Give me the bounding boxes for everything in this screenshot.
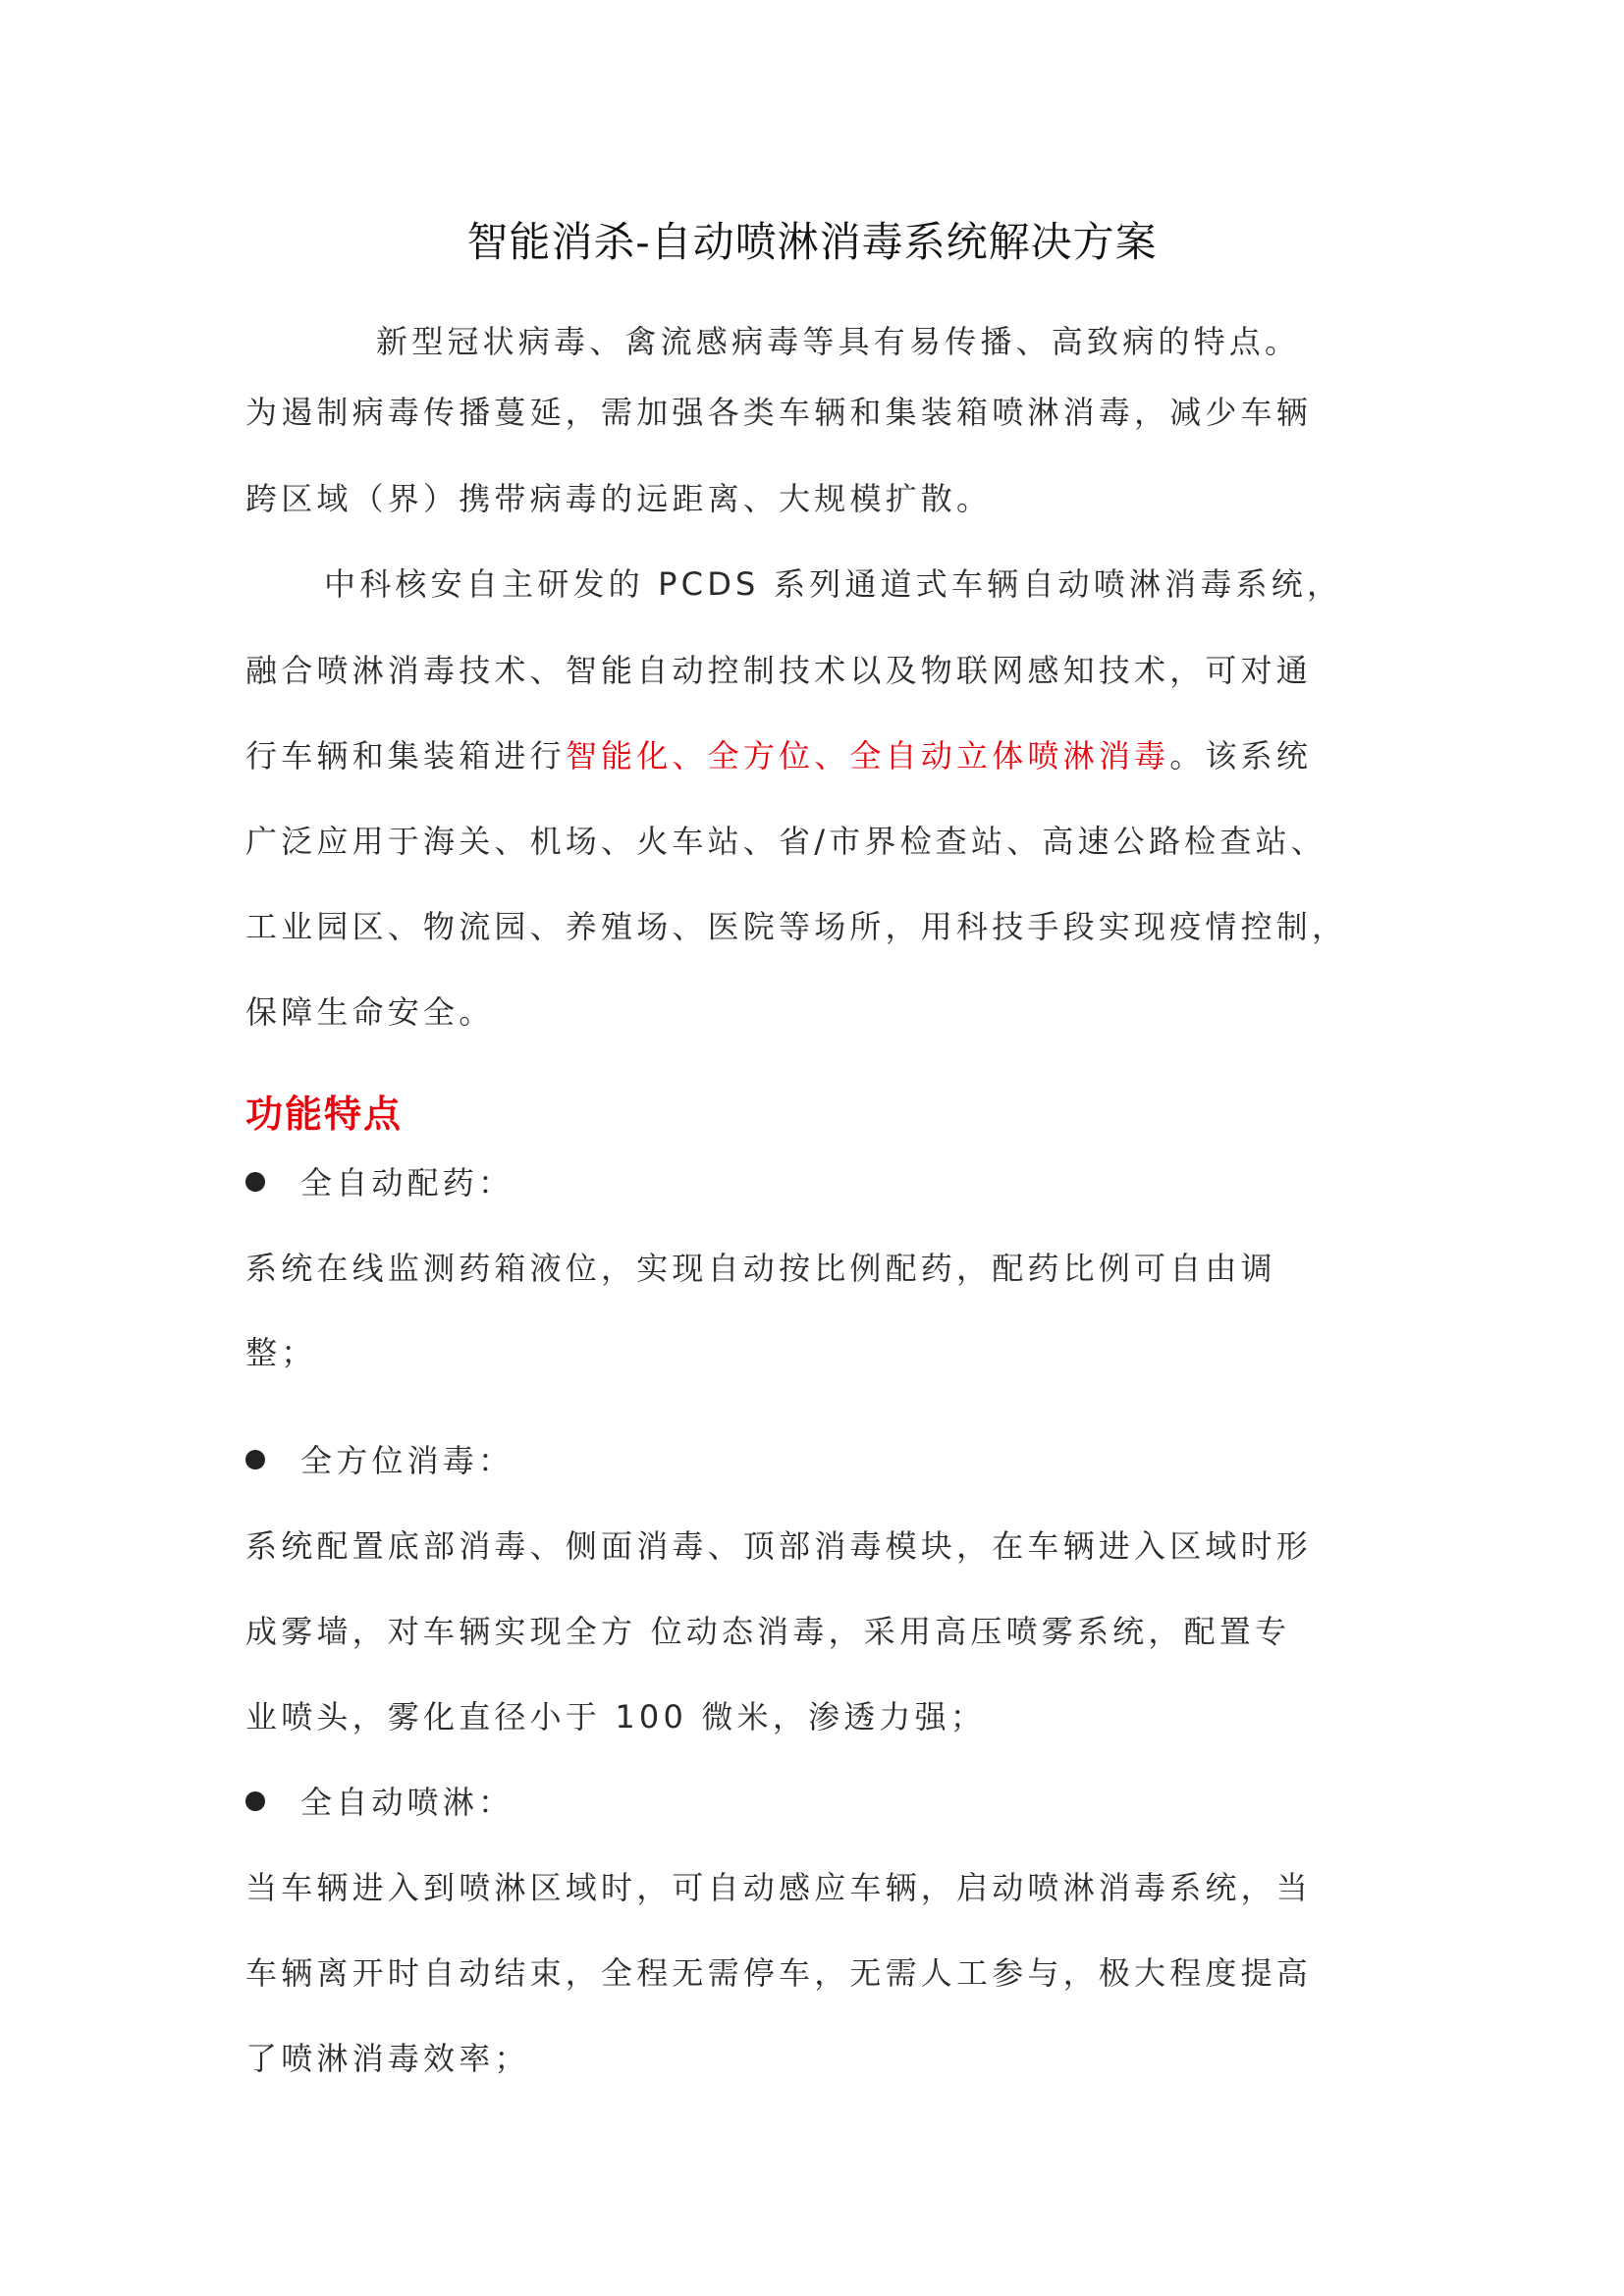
intro-line-3: 跨区域（界）携带病毒的远距离、大规模扩散。 — [245, 477, 992, 520]
feature-line: 业喷头，雾化直径小于 100 微米，渗透力强； — [245, 1695, 986, 1738]
intro-line-2: 为遏制病毒传播蔓延，需加强各类车辆和集装箱喷淋消毒，减少车辆 — [245, 391, 1312, 434]
product-line-4: 广泛应用于海关、机场、火车站、省/市界检查站、高速公路检查站、 — [245, 820, 1326, 863]
feature-line: 了喷淋消毒效率； — [245, 2037, 530, 2080]
feature-title-text: 全自动配药： — [300, 1164, 514, 1201]
feature-line: 整； — [245, 1331, 316, 1374]
intro-line-1: 新型冠状病毒、禽流感病毒等具有易传播、高致病的特点。 — [376, 320, 1300, 363]
product-line-2: 融合喷淋消毒技术、智能自动控制技术以及物联网感知技术，可对通 — [245, 649, 1312, 692]
bullet-icon — [245, 1791, 265, 1811]
product-line-3-end: 。该系统 — [1169, 737, 1312, 774]
feature-line: 车辆离开时自动结束，全程无需停车，无需人工参与，极大程度提高 — [245, 1951, 1312, 1995]
feature-line: 成雾墙，对车辆实现全方 位动态消毒，采用高压喷雾系统，配置专 — [245, 1610, 1290, 1653]
feature-title: 全自动喷淋： — [245, 1781, 514, 1824]
feature-line: 系统在线监测药箱液位，实现自动按比例配药，配药比例可自由调 — [245, 1247, 1276, 1290]
product-line-6: 保障生命安全。 — [245, 990, 494, 1034]
product-line-3-start: 行车辆和集装箱进行 — [245, 737, 566, 774]
document-title: 智能消杀-自动喷淋消毒系统解决方案 — [0, 218, 1624, 267]
feature-title-text: 全方位消毒： — [300, 1442, 514, 1479]
bullet-icon — [245, 1172, 265, 1192]
bullet-icon — [245, 1450, 265, 1469]
feature-line: 系统配置底部消毒、侧面消毒、顶部消毒模块，在车辆进入区域时形 — [245, 1524, 1312, 1568]
product-line-3: 行车辆和集装箱进行智能化、全方位、全自动立体喷淋消毒。该系统 — [245, 734, 1312, 777]
product-line-1: 中科核安自主研发的 PCDS 系列通道式车辆自动喷淋消毒系统， — [324, 562, 1342, 606]
feature-title: 全方位消毒： — [245, 1439, 514, 1482]
feature-line: 当车辆进入到喷淋区域时，可自动感应车辆，启动喷淋消毒系统，当 — [245, 1866, 1312, 1909]
features-heading: 功能特点 — [245, 1084, 403, 1138]
feature-title-text: 全自动喷淋： — [300, 1784, 514, 1821]
feature-title: 全自动配药： — [245, 1161, 514, 1204]
product-line-5: 工业园区、物流园、养殖场、医院等场所，用科技手段实现疫情控制， — [245, 905, 1347, 948]
highlight-text: 智能化、全方位、全自动立体喷淋消毒 — [566, 737, 1169, 774]
